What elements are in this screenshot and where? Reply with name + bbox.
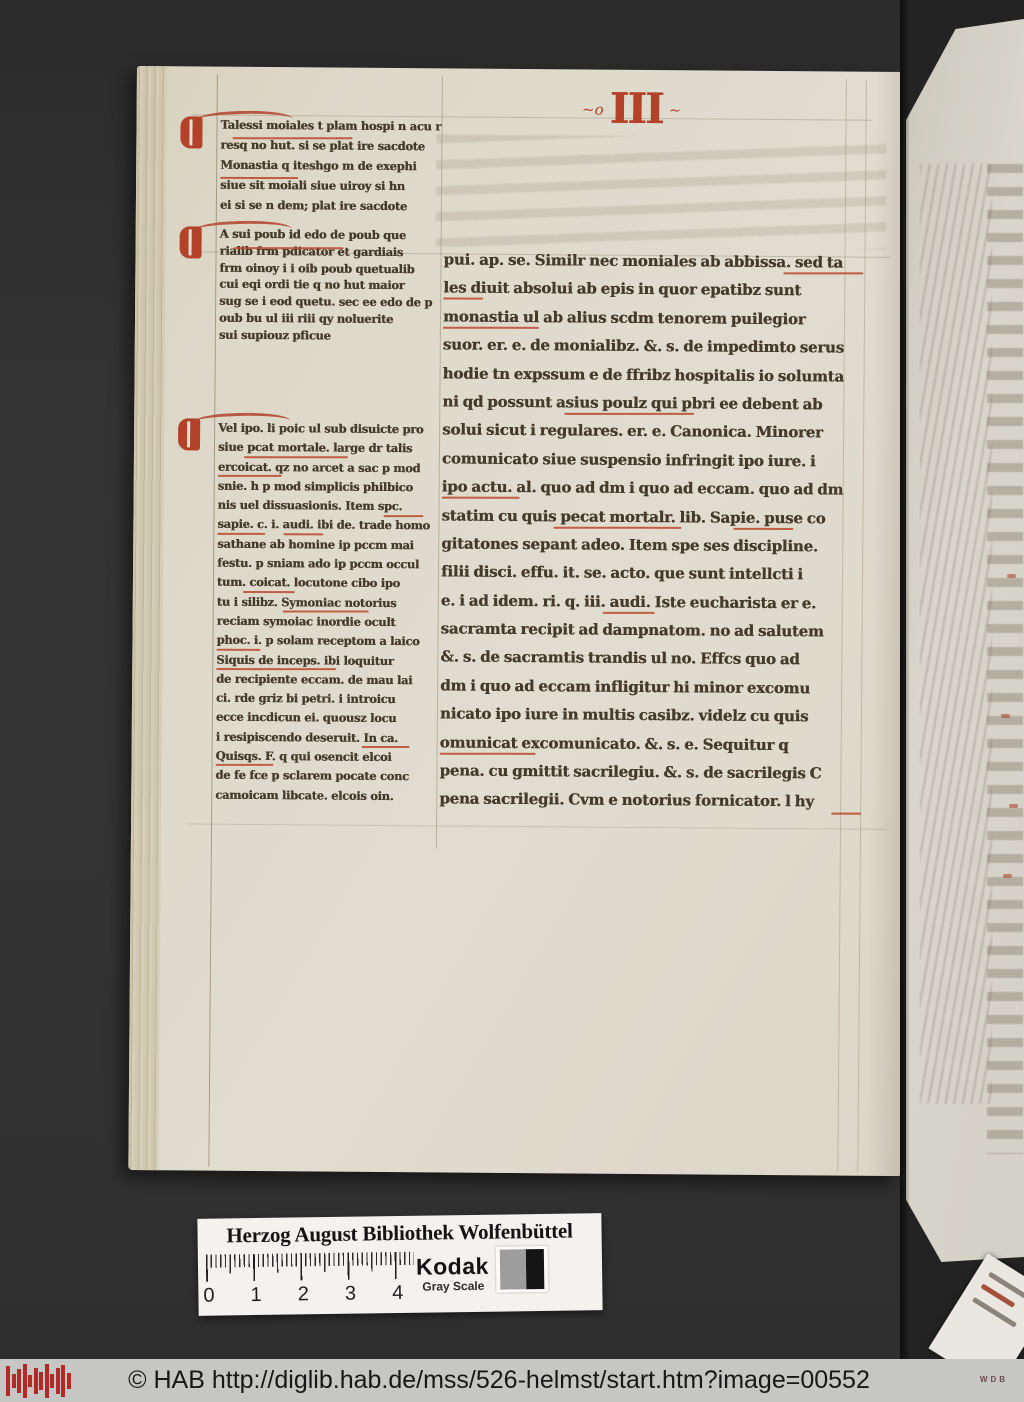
manuscript-text-line: comunicato siue suspensio infringit ipo … bbox=[442, 444, 870, 476]
copyright-url: © HAB http://diglib.hab.de/mss/526-helms… bbox=[0, 1366, 998, 1395]
manuscript-text-line: monastia ul ab alius scdm tenorem puileg… bbox=[443, 302, 871, 334]
manuscript-text-line: nis uel dissuasionis. Item spc. bbox=[217, 496, 443, 517]
manuscript-text-line: ei si se n dem; plat ire sacdote bbox=[220, 195, 446, 217]
manuscript-text-line: rialib frm pdicator et gardiais bbox=[219, 242, 445, 261]
photo-canvas: ~oIII~ Talessi moiales t plam hospi n ac… bbox=[0, 0, 1024, 1402]
page-gap-shadow bbox=[900, 0, 910, 1360]
facing-page-rubric-mark bbox=[1001, 714, 1010, 718]
ruler-ticks bbox=[206, 1252, 414, 1255]
manuscript-text-line: ecce incdicun ei. quousz locu bbox=[216, 708, 442, 729]
main-text-column: pui. ap. se. Similr nec moniales ab abbi… bbox=[439, 245, 871, 816]
page-edge-stack bbox=[128, 66, 167, 1170]
facing-page-rubric-mark bbox=[1009, 804, 1018, 808]
gloss-paragraph: A sui poub id edo de poub querialib frm … bbox=[219, 226, 446, 345]
facing-page-edge bbox=[906, 14, 1024, 1262]
facing-page-text-showthrough bbox=[920, 164, 992, 1104]
manuscript-text-line: solui sicut i regulares. er. e. Canonica… bbox=[442, 416, 870, 448]
facing-page-rubric-mark bbox=[1003, 874, 1012, 878]
manuscript-text-line: dm i quo ad eccam infligitur hi minor ex… bbox=[440, 671, 868, 703]
manuscript-text-line: frm oinoy i i oib poub quetualib bbox=[219, 259, 445, 278]
manuscript-page: ~oIII~ Talessi moiales t plam hospi n ac… bbox=[128, 66, 909, 1176]
ruler-number: 0 bbox=[203, 1284, 251, 1308]
ink-bleedthrough bbox=[436, 134, 887, 250]
folio-flourish-right: ~ bbox=[663, 101, 688, 119]
manuscript-text-line: ipo actu. al. quo ad dm i quo ad eccam. … bbox=[442, 473, 870, 505]
manuscript-text-line: de recipiente eccam. de mau lai bbox=[216, 670, 442, 691]
manuscript-text-line: camoicam libcate. elcois oin. bbox=[215, 785, 441, 806]
manuscript-text-line: sathane ab homine ip pccm mai bbox=[217, 534, 443, 555]
rubric-initial bbox=[180, 116, 202, 148]
rubric-initial bbox=[179, 226, 201, 258]
manuscript-text-line: A sui poub id edo de poub que bbox=[220, 226, 446, 245]
manuscript-text-line: cui eqi ordi tie q no hut maior bbox=[219, 276, 445, 295]
ruling-line bbox=[186, 823, 886, 829]
manuscript-text-line: snie. h p mod simplicis philbico bbox=[218, 477, 444, 498]
manuscript-text-line: nicato ipo iure in multis casibz. videlz… bbox=[440, 700, 868, 732]
manuscript-text-line: Talessi moiales t plam hospi n acu r bbox=[220, 115, 446, 137]
gray-scale-patch bbox=[496, 1246, 549, 1293]
manuscript-text-line: sug se i eod quetu. sec ee edo de p bbox=[219, 293, 445, 312]
wdb-mark: WDB bbox=[980, 1375, 1008, 1384]
facing-page-rubric-mark bbox=[1007, 574, 1016, 578]
ruler-major-ticks bbox=[206, 1252, 414, 1282]
manuscript-text-line: ci. rde griz bi petri. i introicu bbox=[216, 689, 442, 710]
manuscript-text-line: pena. cu gmittit sacrilegiu. &. s. de sa… bbox=[439, 756, 867, 788]
ruler-number: 1 bbox=[250, 1283, 298, 1307]
manuscript-text-line: festu. p sniam ado ip pccm occul bbox=[217, 554, 443, 575]
manuscript-text-line: oub bu ul iii riii qy noluerite bbox=[219, 310, 445, 329]
ruler-number: 3 bbox=[345, 1282, 393, 1306]
facing-page-text-lines bbox=[987, 164, 1023, 1154]
gloss-paragraph: Talessi moiales t plam hospi n acu rresq… bbox=[220, 115, 447, 217]
manuscript-text-line: omunicat excomunicato. &. s. e. Sequitur… bbox=[440, 728, 868, 760]
folio-number: ~oIII~ bbox=[567, 87, 697, 130]
library-name-label: Herzog August Bibliothek Wolfenbüttel bbox=[197, 1218, 601, 1249]
scale-card: Herzog August Bibliothek Wolfenbüttel 01… bbox=[197, 1213, 602, 1316]
footer-strip: © HAB http://diglib.hab.de/mss/526-helms… bbox=[0, 1359, 1024, 1402]
manuscript-text-line: les diuit absolui ab epis in quor epatib… bbox=[443, 274, 871, 306]
manuscript-text-line: gitatones sepant adeo. Item spe ses disc… bbox=[441, 529, 869, 561]
ruler-number: 2 bbox=[298, 1283, 346, 1307]
kodak-label: Kodak bbox=[416, 1253, 489, 1281]
manuscript-text-line: reciam symoiac inordie ocult bbox=[217, 612, 443, 633]
ruler-numbers: 01234 bbox=[203, 1281, 439, 1307]
manuscript-text-line: &. s. de sacramtis trandis ul no. Effcs … bbox=[440, 643, 868, 675]
manuscript-text-line: filii disci. effu. it. se. acto. que sun… bbox=[441, 558, 869, 590]
folio-flourish-left: ~o bbox=[576, 100, 610, 118]
rubric-initial bbox=[178, 418, 200, 450]
manuscript-text-line: sui supiouz pficue bbox=[219, 326, 445, 345]
manuscript-text-line: de fe fce p sclarem pocate conc bbox=[215, 766, 441, 787]
manuscript-text-line: hodie tn expssum e de ffribz hospitalis … bbox=[442, 359, 870, 391]
manuscript-text-line: Vel ipo. li poic ul sub disuicte pro bbox=[218, 419, 444, 440]
facing-page-strip bbox=[900, 0, 1024, 1360]
gray-scale-label: Gray Scale bbox=[422, 1279, 484, 1294]
manuscript-text-line: Monastia q iteshgo m de exephi bbox=[220, 155, 446, 177]
manuscript-text-line: suor. er. e. de monialibz. &. s. de impe… bbox=[443, 331, 871, 363]
manuscript-text-line: sacramta recipit ad dampnatom. no ad sal… bbox=[440, 614, 868, 646]
manuscript-text-line: pena sacrilegii. Cvm e notorius fornicat… bbox=[439, 785, 867, 817]
manuscript-text-line: e. i ad idem. ri. q. iii. audi. Iste euc… bbox=[441, 586, 869, 618]
